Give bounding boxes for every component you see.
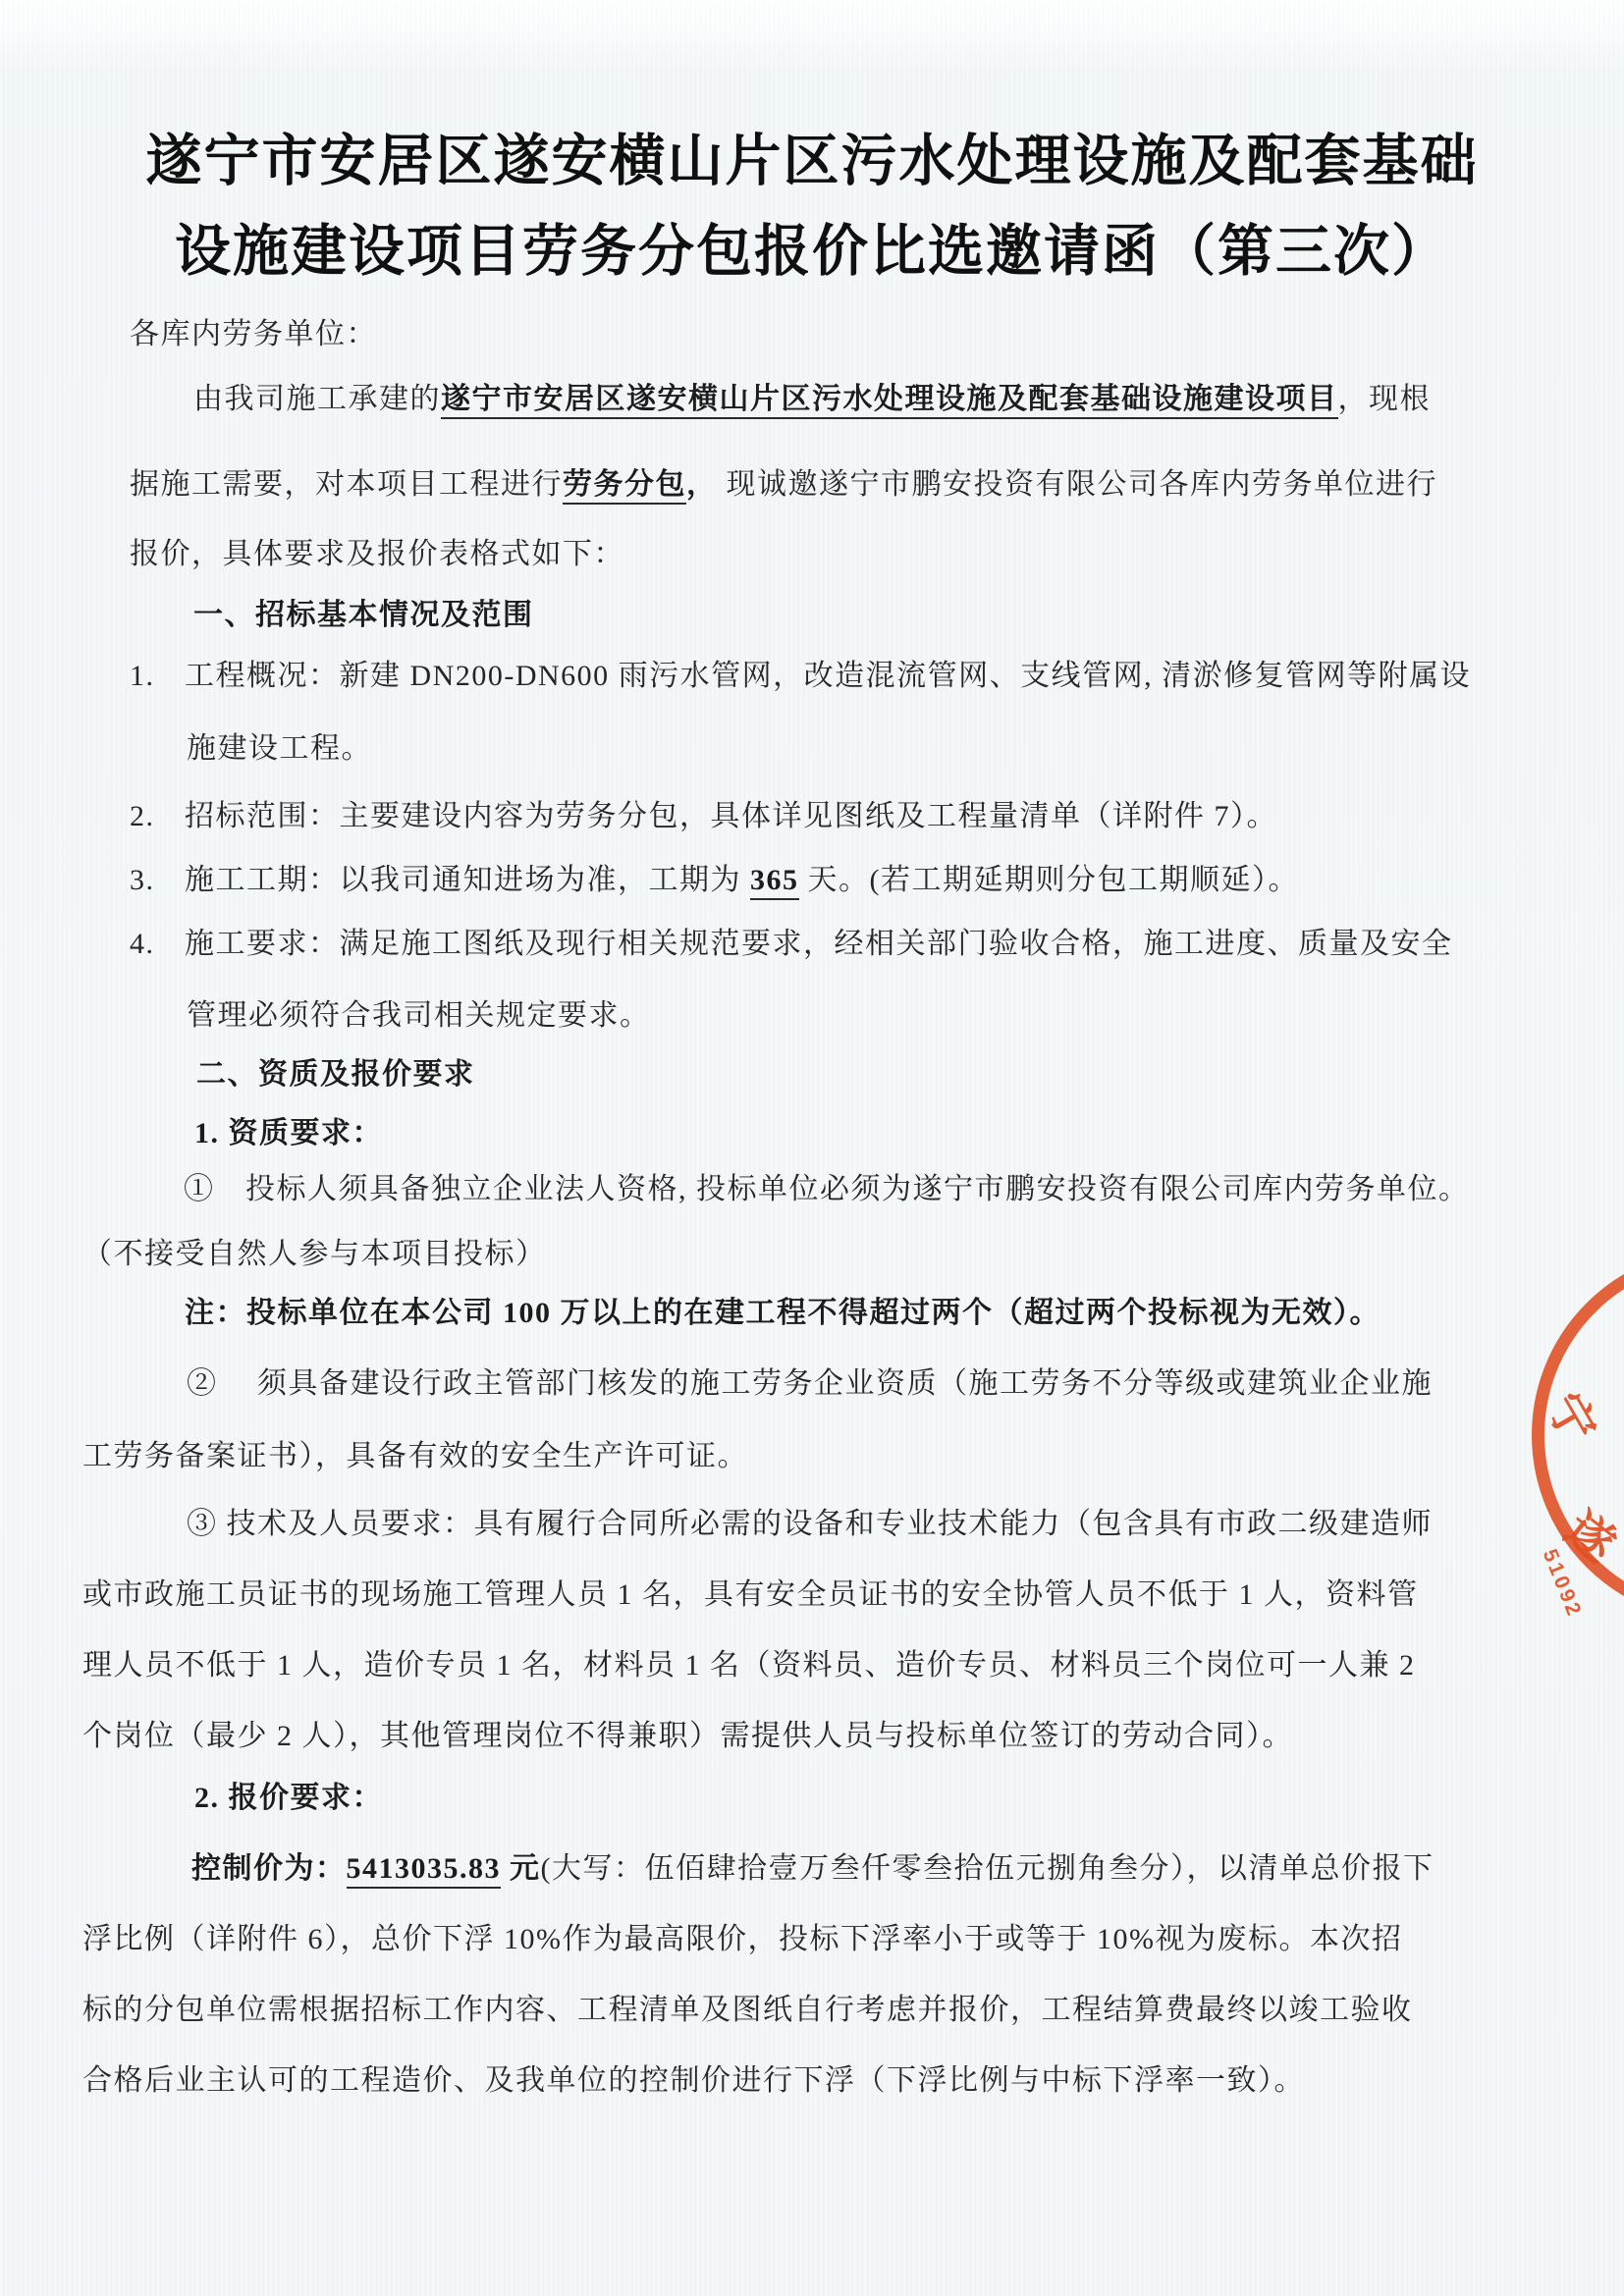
labor-subcontract-underlined: 劳务分包 xyxy=(563,468,686,505)
intro-line-3: 报价，具体要求及报价表格式如下： xyxy=(130,529,624,572)
qualification-item-3-continuation-2: 理人员不低于 1 人，造价专员 1 名，材料员 1 名（资料员、造价专员、材料员… xyxy=(82,1640,1416,1683)
qualification-subheading: 1. 资质要求： xyxy=(194,1108,383,1151)
control-price-line: 控制价为：5413035.83 元(大写：伍佰肆拾壹万叁仟零叁拾伍元捌角叁分），… xyxy=(191,1843,1435,1887)
qualification-item-3-continuation-3: 个岗位（最少 2 人），其他管理岗位不得兼职）需提供人员与投标单位签订的劳动合同… xyxy=(82,1711,1293,1754)
salutation: 各库内劳务单位： xyxy=(130,309,377,352)
section-1-heading: 一、招标基本情况及范围 xyxy=(193,590,534,633)
quotation-continuation-2: 标的分包单位需根据招标工作内容、工程清单及图纸自行考虑并报价，工程结算费最终以竣… xyxy=(82,1985,1413,2028)
note-line: 注：投标单位在本公司 100 万以上的在建工程不得超过两个（超过两个投标视为无效… xyxy=(185,1288,1380,1331)
duration-days-underlined: 365 xyxy=(750,864,799,900)
document-title-line-2: 设施建设项目劳务分包报价比选邀请函（第三次） xyxy=(0,206,1624,287)
list-number: 3. xyxy=(130,864,185,897)
intro-line-1: 由我司施工承建的遂宁市安居区遂安横山片区污水处理设施及配套基础设施建设项目，现根 xyxy=(193,374,1431,417)
control-price-value-underlined: 5413035.83 xyxy=(347,1852,502,1889)
qualification-item-2: ② 须具备建设行政主管部门核发的施工劳务企业资质（施工劳务不分等级或建筑业企业施 xyxy=(187,1359,1433,1402)
item-3-duration: 3.施工工期：以我司通知进场为准，工期为 365 天。(若工期延期则分包工期顺延… xyxy=(130,855,1299,898)
section-2-heading: 二、资质及报价要求 xyxy=(196,1049,475,1093)
quotation-subheading: 2. 报价要求： xyxy=(194,1773,383,1816)
project-name-underlined: 遂宁市安居区遂安横山片区污水处理设施及配套基础设施建设项目 xyxy=(441,383,1338,419)
qualification-item-3-continuation-1: 或市政施工员证书的现场施工管理人员 1 名，具有安全员证书的安全协管人员不低于 … xyxy=(82,1570,1419,1613)
list-number: 2. xyxy=(130,800,185,833)
document-title-line-1: 遂宁市安居区遂安横山片区污水处理设施及配套基础 xyxy=(0,116,1624,196)
scanned-document-page: 遂宁市安居区遂安横山片区污水处理设施及配套基础 设施建设项目劳务分包报价比选邀请… xyxy=(0,0,1624,2296)
qualification-item-2-continuation: 工劳务备案证书），具备有效的安全生产许可证。 xyxy=(82,1431,748,1474)
qualification-item-1-continuation: （不接受自然人参与本项目投标） xyxy=(82,1229,547,1272)
qualification-item-3: ③ 技术及人员要求：具有履行合同所必需的设备和专业技术能力（包含具有市政二级建造… xyxy=(187,1499,1433,1542)
item-1-continuation: 施建设工程。 xyxy=(187,723,372,767)
item-2-scope: 2.招标范围：主要建设内容为劳务分包，具体详见图纸及工程量清单（详附件 7）。 xyxy=(130,791,1277,834)
item-4-requirements: 4.施工要求：满足施工图纸及现行相关规范要求，经相关部门验收合格，施工进度、质量… xyxy=(130,919,1453,962)
item-1-overview: 1.工程概况：新建 DN200-DN600 雨污水管网，改造混流管网、支线管网,… xyxy=(130,651,1471,694)
intro-line-2: 据施工需要，对本项目工程进行劳务分包， 现诚邀遂宁市鹏安投资有限公司各库内劳务单… xyxy=(130,459,1437,503)
quotation-continuation-3: 合格后业主认可的工程造价、及我单位的控制价进行下浮（下浮比例与中标下浮率一致）。 xyxy=(82,2056,1305,2099)
quotation-continuation-1: 浮比例（详附件 6），总价下浮 10%作为最高限价，投标下浮率小于或等于 10%… xyxy=(82,1914,1402,1957)
list-number: 1. xyxy=(130,660,185,693)
item-4-continuation: 管理必须符合我司相关规定要求。 xyxy=(187,990,651,1034)
qualification-item-1: ① 投标人须具备独立企业法人资格, 投标单位必须为遂宁市鹏安投资有限公司库内劳务… xyxy=(184,1164,1470,1207)
list-number: 4. xyxy=(130,928,185,961)
